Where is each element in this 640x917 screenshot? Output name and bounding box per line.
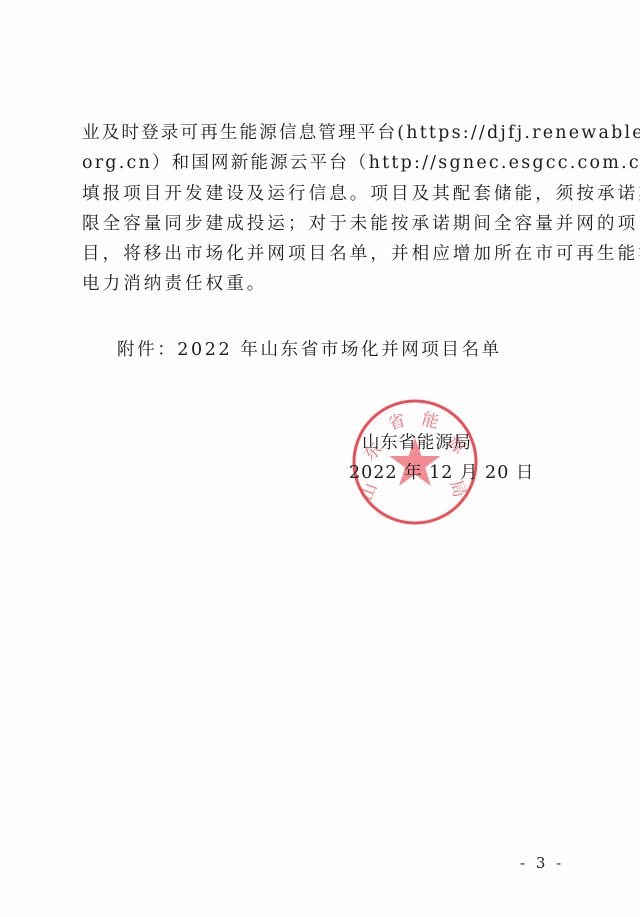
body-line-4: 限全容量同步建成投运；对于未能按承诺期间全容量并网的项: [82, 209, 562, 239]
issuer-name: 山东省能源局: [362, 429, 472, 457]
body-line-3: 填报项目开发建设及运行信息。项目及其配套储能，须按承诺期: [82, 179, 562, 209]
issue-date: 2022 年 12 月 20 日: [349, 459, 534, 487]
document-page: 业及时登录可再生能源信息管理平台(https://djfj.renewable.…: [0, 0, 640, 917]
body-line-1: 业及时登录可再生能源信息管理平台(https://djfj.renewable.: [82, 118, 562, 148]
body-line-5: 目，将移出市场化并网项目名单，并相应增加所在市可再生能源: [82, 239, 562, 269]
body-paragraph: 业及时登录可再生能源信息管理平台(https://djfj.renewable.…: [82, 118, 562, 300]
body-line-2: org.cn）和国网新能源云平台（http://sgnec.esgcc.com.…: [82, 148, 562, 178]
body-line-6: 电力消纳责任权重。: [82, 269, 562, 299]
page-number: - 3 -: [520, 852, 564, 874]
attachment-note: 附件：2022 年山东省市场化并网项目名单: [117, 336, 502, 364]
